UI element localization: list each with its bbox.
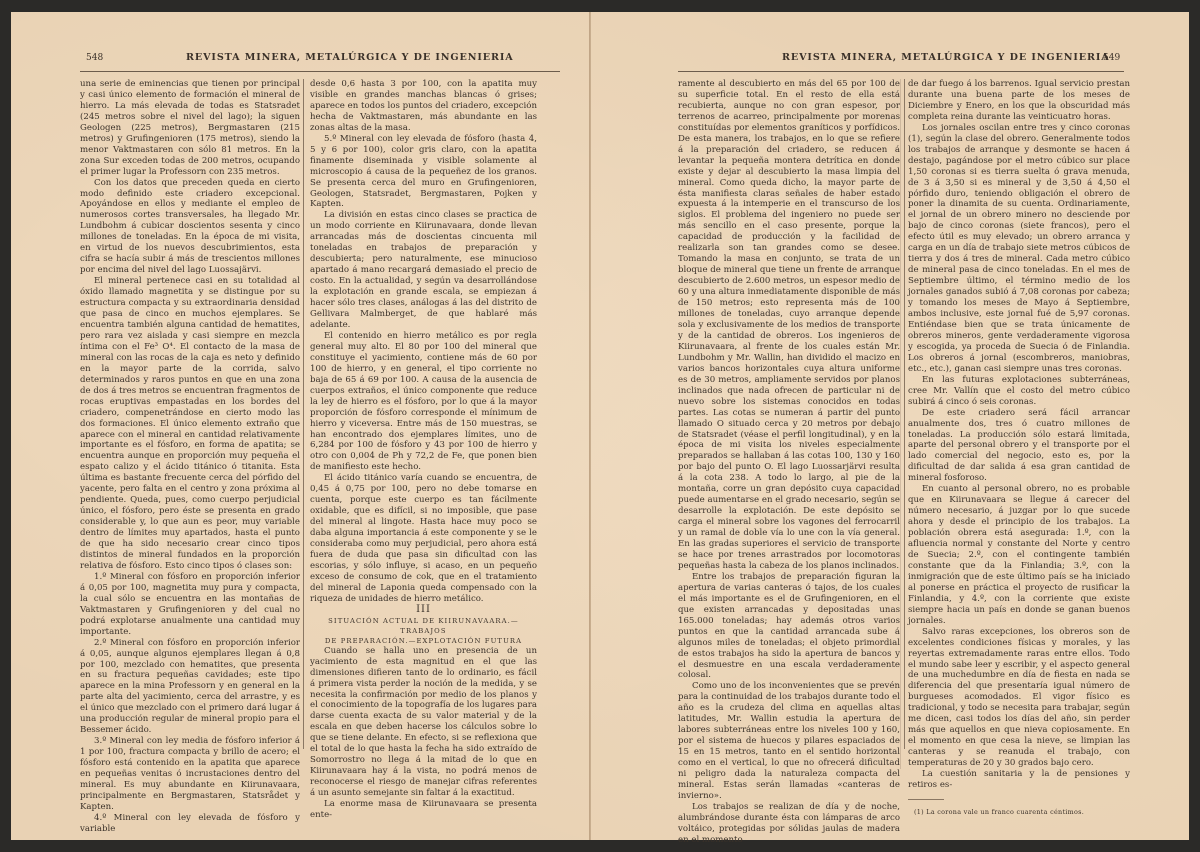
left-page-column-2: desde 0,6 hasta 3 por 100, con la apatit… (310, 79, 537, 821)
paragraph: Entre los trabajos de preparación figura… (678, 572, 900, 682)
column-divider (904, 79, 905, 749)
footnote: (1) La corona vale un franco cuarenta cé… (908, 807, 1130, 818)
paragraph: La enorme masa de Kiirunavaara se presen… (310, 799, 537, 821)
paragraph: una serie de eminencias que tienen por p… (80, 79, 300, 178)
paragraph: De este criadero será fácil arrancar anu… (908, 408, 1130, 485)
margin-line (900, 79, 901, 769)
paragraph: Los jornales oscilan entre tres y cinco … (908, 123, 1130, 375)
paragraph: Con los datos que preceden queda en cier… (80, 178, 300, 277)
paragraph: desde 0,6 hasta 3 por 100, con la apatit… (310, 79, 537, 134)
paragraph: ramente al descubierto en más del 65 por… (678, 79, 900, 572)
center-fold (589, 12, 591, 840)
page-number: 549 (1103, 53, 1120, 63)
footnote-rule (908, 799, 944, 800)
right-page-column-2: de dar fuego á los barrenos. Igual servi… (908, 79, 1130, 818)
paragraph: Cuando se halla uno en presencia de un y… (310, 646, 537, 799)
left-page-column-1: una serie de eminencias que tienen por p… (80, 79, 300, 835)
paragraph: La división en estas cinco clases se pra… (310, 210, 537, 330)
paragraph: En las futuras explotaciones subterránea… (908, 375, 1130, 408)
list-item: 2.º Mineral con fósforo en proporción in… (80, 638, 300, 737)
paragraph: El contenido en hierro metálico es por r… (310, 331, 537, 473)
header-rule (80, 71, 560, 72)
column-divider (303, 79, 304, 749)
running-head: REVISTA MINERA, METALÚRGICA Y DE INGENIE… (782, 52, 1110, 68)
list-item: 4.º Mineral con ley elevada de fósforo y… (80, 813, 300, 835)
paragraph: El ácido titánico varía cuando se encuen… (310, 473, 537, 604)
list-item: 5.º Mineral con ley elevada de fósforo (… (310, 134, 537, 211)
header-rule (678, 71, 1124, 72)
right-page-column-1: ramente al descubierto en más del 65 por… (678, 79, 900, 846)
section-title: SITUACIÓN ACTUAL DE KIIRUNAVAARA.—TRABAJ… (310, 616, 537, 636)
paragraph: Salvo raras excepciones, los obreros son… (908, 627, 1130, 769)
list-item: 1.º Mineral con fósforo en proporción in… (80, 572, 300, 638)
page-number: 548 (86, 53, 103, 63)
paragraph: Los trabajos se realizan de día y de noc… (678, 802, 900, 846)
paragraph: El mineral pertenece casi en su totalida… (80, 276, 300, 572)
list-item: 3.º Mineral con ley media de fósforo inf… (80, 736, 300, 813)
paragraph: de dar fuego á los barrenos. Igual servi… (908, 79, 1130, 123)
running-head: REVISTA MINERA, METALÚRGICA Y DE INGENIE… (186, 52, 514, 68)
paragraph: Como uno de los inconvenientes que se pr… (678, 681, 900, 801)
paragraph: La cuestión sanitaria y la de pensiones … (908, 769, 1130, 791)
section-number: III (310, 605, 537, 616)
section-title: DE PREPARACIÓN.—EXPLOTACIÓN FUTURA (310, 636, 537, 646)
paragraph: En cuanto al personal obrero, no es prob… (908, 484, 1130, 626)
